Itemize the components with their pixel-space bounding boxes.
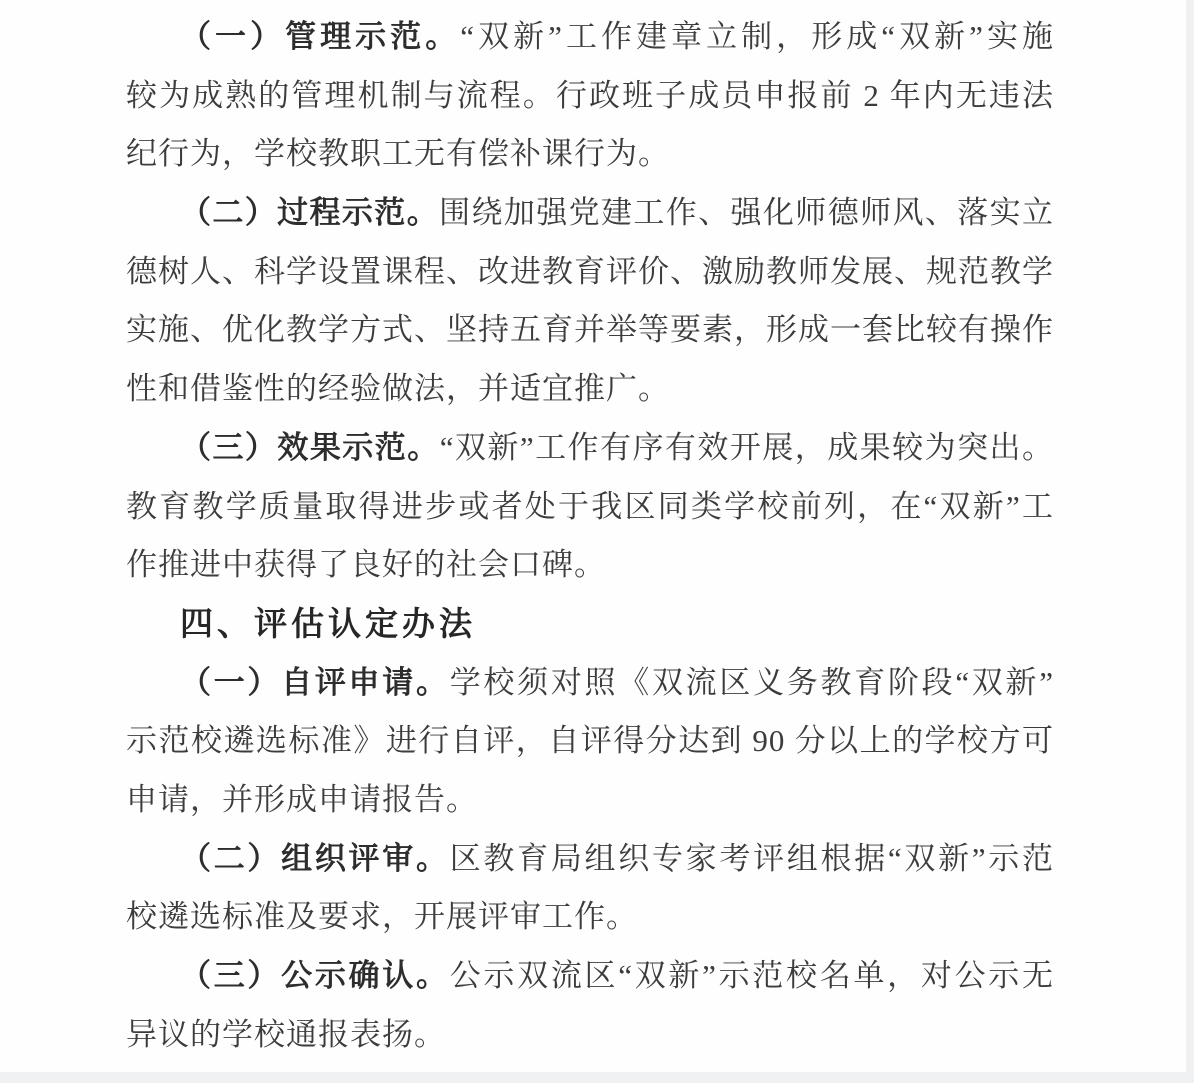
text-line: 示范校遴选标准》进行自评，自评得分达到 90 分以上的学校方可	[126, 712, 1054, 771]
paragraph-first-line: （一）自评申请。学校须对照《双流区义务教育阶段“双新”	[126, 654, 1054, 713]
section-heading: 四、评估认定办法	[126, 595, 1054, 654]
text-line: 较为成熟的管理机制与流程。行政班子成员申报前 2 年内无违法违	[126, 67, 1054, 126]
paragraph-lead: （一）自评申请。	[180, 665, 450, 700]
paragraph-lead: （二）过程示范。	[180, 195, 439, 230]
paragraph-first-line: （一）管理示范。“双新”工作建章立制，形成“双新”实施	[126, 8, 1054, 67]
text-line: 性和借鉴性的经验做法，并适宜推广。	[126, 360, 1054, 419]
paragraph-first-line: （二）组织评审。区教育局组织专家考评组根据“双新”示范	[126, 830, 1054, 889]
paragraph-lead: （三）效果示范。	[180, 430, 440, 465]
paragraph-lead: （三）公示确认。	[180, 958, 450, 993]
text-line: 作推进中获得了良好的社会口碑。	[126, 536, 1054, 595]
document-body: （一）管理示范。“双新”工作建章立制，形成“双新”实施较为成熟的管理机制与流程。…	[126, 8, 1054, 1064]
document-page: （一）管理示范。“双新”工作建章立制，形成“双新”实施较为成熟的管理机制与流程。…	[0, 0, 1194, 1083]
paragraph-lead: （二）组织评审。	[180, 841, 450, 876]
text-line: 纪行为，学校教职工无有偿补课行为。	[126, 125, 1054, 184]
paragraph-first-line: （三）公示确认。公示双流区“双新”示范校名单，对公示无	[126, 947, 1054, 1006]
text-line: 实施、优化教学方式、坚持五育并举等要素，形成一套比较有操作	[126, 301, 1054, 360]
paragraph-first-line: （二）过程示范。围绕加强党建工作、强化师德师风、落实立	[126, 184, 1054, 243]
paragraph-lead: （一）管理示范。	[180, 19, 460, 54]
text-line: 申请，并形成申请报告。	[126, 771, 1054, 830]
text-line: 德树人、科学设置课程、改进教育评价、激励教师发展、规范教学	[126, 243, 1054, 302]
text-line: 校遴选标准及要求，开展评审工作。	[126, 888, 1054, 947]
page-edge-right	[1186, 0, 1194, 1083]
text-line: 异议的学校通报表扬。	[126, 1006, 1054, 1065]
paragraph-first-line: （三）效果示范。“双新”工作有序有效开展，成果较为突出。	[126, 419, 1054, 478]
text-line: 教育教学质量取得进步或者处于我区同类学校前列，在“双新”工	[126, 478, 1054, 537]
page-edge-bottom	[0, 1072, 1194, 1083]
